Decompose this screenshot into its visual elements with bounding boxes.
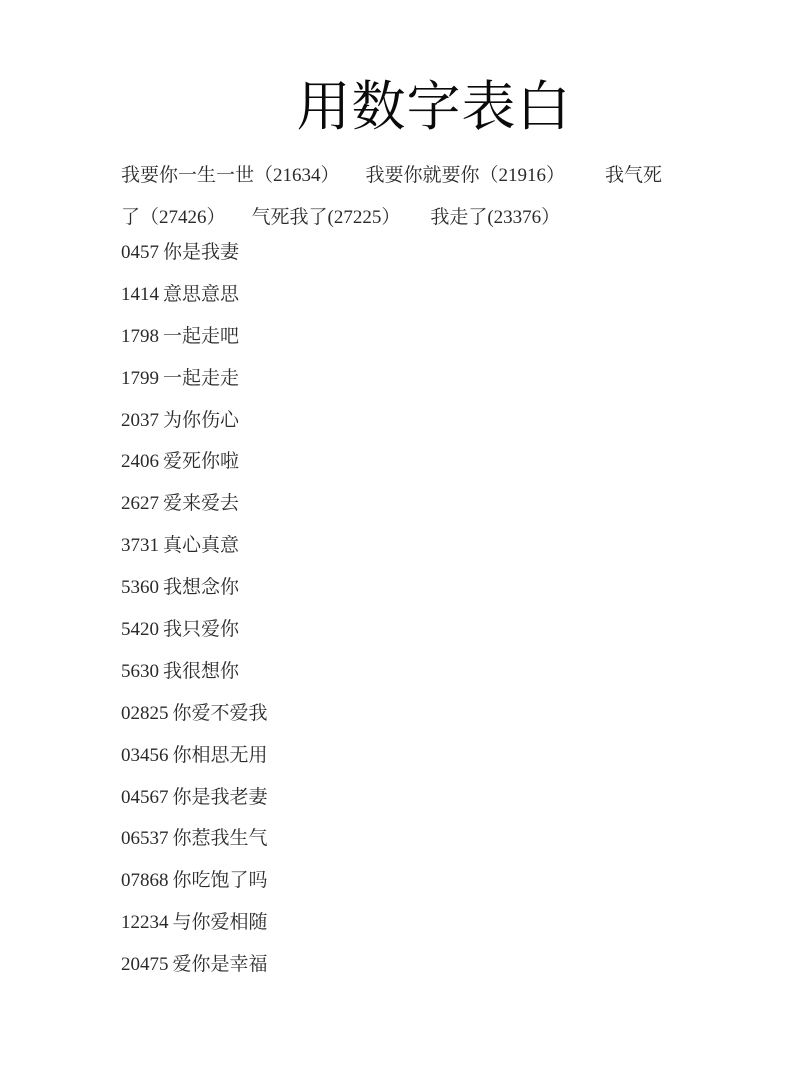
document-page: 用数字表白 我要你一生一世（21634）我要你就要你（21916）我气死 了（2… — [0, 0, 800, 1067]
list-item: 5630我很想你 — [121, 655, 268, 697]
number-code: 20475 — [121, 954, 169, 975]
code-meaning: 意思意思 — [163, 284, 239, 305]
code-meaning: 爱你是幸福 — [173, 954, 268, 975]
code-meaning: 我只爱你 — [163, 619, 239, 640]
number-code: 02825 — [121, 703, 169, 724]
intro-paragraph: 我要你一生一世（21634）我要你就要你（21916）我气死 了（27426）气… — [121, 155, 691, 239]
code-meaning: 爱来爱去 — [163, 493, 239, 514]
number-code: 0457 — [121, 242, 159, 263]
list-item: 0457你是我妻 — [121, 236, 268, 278]
intro-line-1: 我要你一生一世（21634）我要你就要你（21916）我气死 — [121, 155, 691, 197]
list-item: 3731真心真意 — [121, 529, 268, 571]
number-code: 5630 — [121, 661, 159, 682]
list-item: 5360我想念你 — [121, 571, 268, 613]
intro-phrase: 气死我了(27225） — [252, 197, 401, 239]
number-code: 2406 — [121, 451, 159, 472]
code-meaning: 真心真意 — [163, 535, 239, 556]
number-code: 12234 — [121, 912, 169, 933]
code-meaning: 与你爱相随 — [173, 912, 268, 933]
code-meaning: 为你伤心 — [163, 410, 239, 431]
list-item: 1414意思意思 — [121, 278, 268, 320]
code-meaning: 你是我老妻 — [173, 787, 268, 808]
intro-phrase: 我走了(23376） — [430, 197, 560, 239]
list-item: 06537你惹我生气 — [121, 822, 268, 864]
list-item: 1798一起走吧 — [121, 320, 268, 362]
number-code: 1798 — [121, 326, 159, 347]
number-code: 2037 — [121, 410, 159, 431]
code-meaning: 你爱不爱我 — [173, 703, 268, 724]
list-item: 07868你吃饱了吗 — [121, 864, 268, 906]
intro-phrase: 了（27426） — [121, 197, 226, 239]
code-meaning: 爱死你啦 — [163, 451, 239, 472]
number-code: 5420 — [121, 619, 159, 640]
code-meaning: 你相思无用 — [173, 745, 268, 766]
list-item: 2037为你伤心 — [121, 404, 268, 446]
list-item: 5420我只爱你 — [121, 613, 268, 655]
number-code: 3731 — [121, 535, 159, 556]
list-item: 2406爱死你啦 — [121, 445, 268, 487]
code-meaning: 你吃饱了吗 — [173, 870, 268, 891]
list-item: 2627爱来爱去 — [121, 487, 268, 529]
code-meaning: 你惹我生气 — [173, 828, 268, 849]
number-code: 07868 — [121, 870, 169, 891]
intro-line-2: 了（27426）气死我了(27225）我走了(23376） — [121, 197, 691, 239]
code-meaning: 一起走走 — [163, 368, 239, 389]
list-item: 20475爱你是幸福 — [121, 948, 268, 990]
number-code: 5360 — [121, 577, 159, 598]
number-code-list: 0457你是我妻 1414意思意思 1798一起走吧 1799一起走走 2037… — [121, 236, 268, 990]
code-meaning: 你是我妻 — [163, 242, 239, 263]
code-meaning: 我想念你 — [163, 577, 239, 598]
number-code: 04567 — [121, 787, 169, 808]
number-code: 1799 — [121, 368, 159, 389]
intro-phrase: 我要你就要你（21916） — [366, 155, 566, 197]
intro-phrase: 我要你一生一世（21634） — [121, 155, 340, 197]
code-meaning: 我很想你 — [163, 661, 239, 682]
intro-phrase: 我气死 — [605, 155, 662, 197]
list-item: 03456你相思无用 — [121, 739, 268, 781]
number-code: 03456 — [121, 745, 169, 766]
list-item: 04567你是我老妻 — [121, 781, 268, 823]
code-meaning: 一起走吧 — [163, 326, 239, 347]
list-item: 1799一起走走 — [121, 362, 268, 404]
list-item: 02825你爱不爱我 — [121, 697, 268, 739]
list-item: 12234与你爱相随 — [121, 906, 268, 948]
number-code: 1414 — [121, 284, 159, 305]
page-title: 用数字表白 — [0, 72, 800, 142]
number-code: 2627 — [121, 493, 159, 514]
number-code: 06537 — [121, 828, 169, 849]
